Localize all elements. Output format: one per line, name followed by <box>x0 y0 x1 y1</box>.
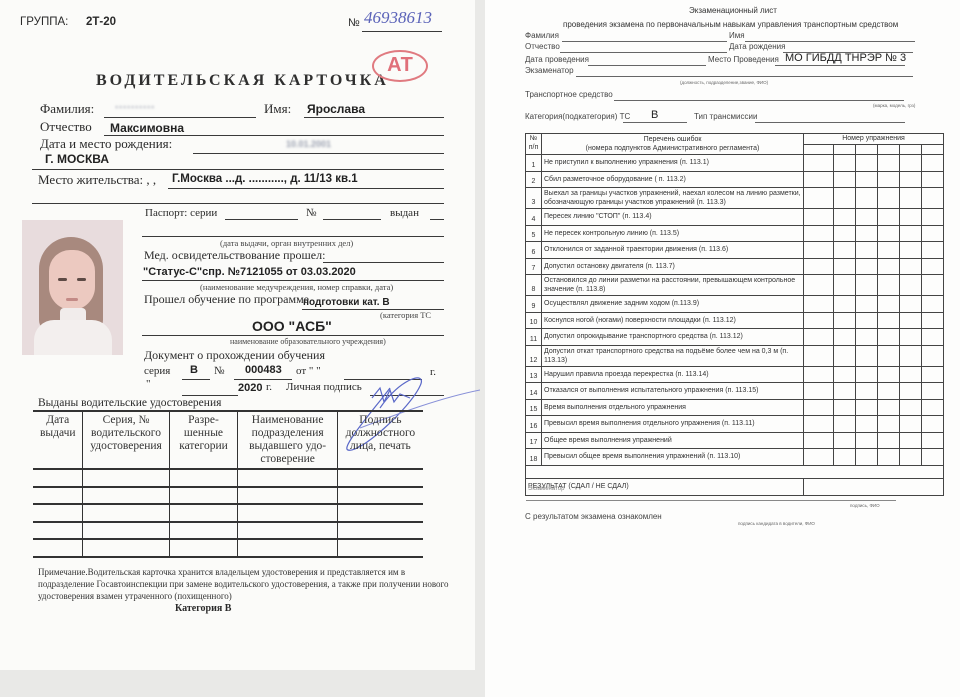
exercise-mark-cell[interactable] <box>922 296 944 313</box>
passport-label: Паспорт: серии <box>145 207 217 219</box>
col-errors-subtitle: (номера подпунктов Административного рег… <box>544 144 801 153</box>
exercise-mark-cell[interactable] <box>834 296 856 313</box>
exercise-mark-cell[interactable] <box>856 366 878 383</box>
exercise-mark-cell[interactable] <box>804 366 834 383</box>
license-cell <box>337 504 423 522</box>
exercise-mark-cell[interactable] <box>878 312 900 329</box>
result-value-cell[interactable] <box>804 478 944 495</box>
error-number: 10 <box>526 312 542 329</box>
exercise-mark-cell[interactable] <box>804 171 834 188</box>
license-cell <box>169 539 238 557</box>
passport-issued-label: выдан <box>390 207 419 219</box>
transmission-label: Тип трансмиссии <box>694 112 757 121</box>
exam-error-row: 13Нарушил правила проезда перекрестка (п… <box>526 366 944 383</box>
error-number: 4 <box>526 209 542 226</box>
exercise-mark-cell[interactable] <box>856 225 878 242</box>
exam-error-row: 16Превысил время выполнения отдельного у… <box>526 416 944 433</box>
examiner-footer-label: Экзаменатор <box>528 486 564 492</box>
driver-photo <box>22 220 123 355</box>
acknowledged-label: С результатом экзамена ознакомлен <box>525 512 662 521</box>
exam-error-row: 15Время выполнения отдельного упражнения <box>526 399 944 416</box>
exam-result-row: РЕЗУЛЬТАТ (СДАЛ / НЕ СДАЛ) <box>526 478 944 495</box>
exercise-mark-cell[interactable] <box>900 383 922 400</box>
error-description: Допустил откат транспортного средства на… <box>542 345 804 366</box>
error-number: 13 <box>526 366 542 383</box>
exercise-mark-cell[interactable] <box>900 258 922 275</box>
exercise-mark-cell[interactable] <box>856 449 878 466</box>
license-row <box>33 504 423 522</box>
card-title: ВОДИТЕЛЬСКАЯ КАРТОЧКА <box>96 72 389 90</box>
exercise-mark-cell[interactable] <box>922 171 944 188</box>
license-cell <box>337 522 423 540</box>
license-cell <box>337 487 423 505</box>
exercise-mark-cell[interactable] <box>856 329 878 346</box>
license-cell <box>238 539 337 557</box>
exam-error-row: 1Не приступил к выполнению упражнения (п… <box>526 155 944 172</box>
surname-label: Фамилия: <box>40 101 94 117</box>
exercise-mark-cell[interactable] <box>922 345 944 366</box>
exercise-mark-cell[interactable] <box>900 329 922 346</box>
error-description: Нарушил правила проезда перекрестка (п. … <box>542 366 804 383</box>
exercise-mark-cell[interactable] <box>878 432 900 449</box>
exam-subtitle: проведения экзамена по первоначальным на… <box>563 20 898 29</box>
doc-number-label: № <box>214 365 225 377</box>
exam-error-row: 6Отклонился от заданной траектории движе… <box>526 242 944 259</box>
exercise-mark-cell[interactable] <box>878 258 900 275</box>
exercise-mark-cell[interactable] <box>900 296 922 313</box>
exercise-mark-cell[interactable] <box>900 399 922 416</box>
error-description: Пересек линию "СТОП" (п. 113.4) <box>542 209 804 226</box>
license-cell <box>238 504 337 522</box>
exercise-mark-cell[interactable] <box>834 432 856 449</box>
license-cell <box>238 522 337 540</box>
exercise-mark-cell[interactable] <box>804 312 834 329</box>
exercise-mark-cell[interactable] <box>922 258 944 275</box>
error-description: Не пересек контрольную линию (п. 113.5) <box>542 225 804 242</box>
exercise-mark-cell[interactable] <box>834 209 856 226</box>
doc-number-value: 000483 <box>245 364 282 376</box>
residence-value: Г.Москва ...д. ..........., д. 11/13 кв.… <box>172 173 358 185</box>
exercise-mark-cell[interactable] <box>804 329 834 346</box>
exercise-mark-cell[interactable] <box>834 242 856 259</box>
license-cell <box>169 522 238 540</box>
exercise-column-header <box>804 144 834 155</box>
col-official-signature: Подпись должностного лица, печать <box>337 411 423 469</box>
examiner-caption: (должность, подразделение,звание, ФИО) <box>680 80 768 85</box>
exercise-mark-cell[interactable] <box>922 416 944 433</box>
error-description: Время выполнения отдельного упражнения <box>542 399 804 416</box>
exercise-mark-cell[interactable] <box>856 399 878 416</box>
licenses-heading: Выданы водительские удостоверения <box>38 397 221 409</box>
birth-place-value: Г. МОСКВА <box>45 152 109 166</box>
col-license-number: Серия, № водительского удостоверения <box>83 411 169 469</box>
error-number: 7 <box>526 258 542 275</box>
exam-error-row: 9Осуществлял движение задним ходом (п.11… <box>526 296 944 313</box>
category-footer: Категория В <box>175 603 231 614</box>
exam-blank-row <box>526 465 944 478</box>
error-description: Выехал за границы участков упражнений, н… <box>542 188 804 209</box>
error-description: Отклонился от заданной траектории движен… <box>542 242 804 259</box>
exercise-mark-cell[interactable] <box>878 188 900 209</box>
exam-error-row: 8Остановился до линии разметки на рассто… <box>526 275 944 296</box>
license-cell <box>83 539 169 557</box>
license-cell <box>33 469 83 487</box>
exam-error-row: 2Сбил разметочное оборудование ( п. 113.… <box>526 171 944 188</box>
training-label: Прошел обучение по программе <box>144 292 309 307</box>
license-cell <box>83 469 169 487</box>
training-doc-label: Документ о прохождении обучения <box>144 348 325 363</box>
surname-value: ·········· <box>115 100 155 114</box>
card-number-value: 46938613 <box>364 8 432 28</box>
error-description: Допустил опрокидывание транспортного сре… <box>542 329 804 346</box>
error-description: Отказался от выполнения испытательного у… <box>542 383 804 400</box>
exercise-mark-cell[interactable] <box>922 329 944 346</box>
exam-error-row: 4Пересек линию "СТОП" (п. 113.4) <box>526 209 944 226</box>
exercise-mark-cell[interactable] <box>804 432 834 449</box>
exercise-mark-cell[interactable] <box>900 416 922 433</box>
error-description: Сбил разметочное оборудование ( п. 113.2… <box>542 171 804 188</box>
exercise-mark-cell[interactable] <box>834 416 856 433</box>
exercise-column-header <box>856 144 878 155</box>
exercise-mark-cell[interactable] <box>804 345 834 366</box>
exam-errors-table: № п/п Перечень ошибок (номера подпунктов… <box>525 133 944 496</box>
error-number: 18 <box>526 449 542 466</box>
exercise-mark-cell[interactable] <box>922 225 944 242</box>
license-cell <box>169 487 238 505</box>
error-number: 2 <box>526 171 542 188</box>
exercise-mark-cell[interactable] <box>856 296 878 313</box>
exercise-column-header <box>900 144 922 155</box>
license-row <box>33 522 423 540</box>
error-description: Общее время выполнения упражнений <box>542 432 804 449</box>
exercise-mark-cell[interactable] <box>804 296 834 313</box>
exam-category-value: В <box>651 109 658 121</box>
exercise-mark-cell[interactable] <box>834 329 856 346</box>
exercise-mark-cell[interactable] <box>856 345 878 366</box>
exercise-mark-cell[interactable] <box>856 171 878 188</box>
exercise-mark-cell[interactable] <box>900 345 922 366</box>
error-number: 17 <box>526 432 542 449</box>
exercise-mark-cell[interactable] <box>922 432 944 449</box>
exercise-mark-cell[interactable] <box>834 225 856 242</box>
license-cell <box>83 504 169 522</box>
exercise-mark-cell[interactable] <box>878 209 900 226</box>
exercise-column-header <box>834 144 856 155</box>
exercise-mark-cell[interactable] <box>856 258 878 275</box>
exercise-mark-cell[interactable] <box>900 155 922 172</box>
col-issuing-unit: Наименование подразделения выдавшего удо… <box>238 411 337 469</box>
exam-error-row: 5Не пересек контрольную линию (п. 113.5) <box>526 225 944 242</box>
error-number: 11 <box>526 329 542 346</box>
exercise-mark-cell[interactable] <box>834 275 856 296</box>
license-cell <box>33 504 83 522</box>
license-cell <box>337 539 423 557</box>
exam-error-row: 17Общее время выполнения упражнений <box>526 432 944 449</box>
medical-caption: (наименование медучреждения, номер справ… <box>200 282 393 292</box>
exercise-mark-cell[interactable] <box>878 399 900 416</box>
exercise-mark-cell[interactable] <box>900 171 922 188</box>
driver-card-sheet: ГРУППА: 2Т-20 № 46938613 ВОДИТЕЛЬСКАЯ КА… <box>0 0 475 670</box>
error-number: 3 <box>526 188 542 209</box>
exercise-mark-cell[interactable] <box>878 242 900 259</box>
name-label: Имя: <box>264 101 291 117</box>
exercise-mark-cell[interactable] <box>922 275 944 296</box>
exercise-mark-cell[interactable] <box>804 275 834 296</box>
exercise-mark-cell[interactable] <box>804 449 834 466</box>
error-description: Осуществлял движение задним ходом (п.113… <box>542 296 804 313</box>
error-description: Превысил время выполнения отдельного упр… <box>542 416 804 433</box>
examiner-label: Экзаменатор <box>525 66 574 75</box>
exercise-column-header <box>922 144 944 155</box>
license-cell <box>83 487 169 505</box>
license-cell <box>337 469 423 487</box>
doc-quote: " <box>146 378 151 390</box>
exercise-mark-cell[interactable] <box>878 449 900 466</box>
exercise-mark-cell[interactable] <box>900 366 922 383</box>
exercise-mark-cell[interactable] <box>834 258 856 275</box>
examiner-sign-caption: подпись, ФИО <box>850 503 880 508</box>
exercise-mark-cell[interactable] <box>834 366 856 383</box>
exercise-mark-cell[interactable] <box>856 312 878 329</box>
exercise-mark-cell[interactable] <box>878 329 900 346</box>
exercise-mark-cell[interactable] <box>804 383 834 400</box>
error-description: Остановился до линии разметки на расстоя… <box>542 275 804 296</box>
exercise-mark-cell[interactable] <box>834 155 856 172</box>
result-label: РЕЗУЛЬТАТ (СДАЛ / НЕ СДАЛ) <box>526 478 804 495</box>
col-errors-title: Перечень ошибок <box>544 135 801 144</box>
exercise-mark-cell[interactable] <box>804 209 834 226</box>
exercise-mark-cell[interactable] <box>856 188 878 209</box>
birth-label: Дата и место рождения: <box>40 136 172 152</box>
exercise-mark-cell[interactable] <box>900 275 922 296</box>
exercise-mark-cell[interactable] <box>834 383 856 400</box>
exam-date-label: Дата проведения <box>525 55 589 64</box>
doc-from-label: от " " <box>296 365 321 377</box>
exercise-mark-cell[interactable] <box>922 242 944 259</box>
license-row <box>33 487 423 505</box>
exercise-mark-cell[interactable] <box>856 155 878 172</box>
exam-birth-label: Дата рождения <box>729 42 785 51</box>
error-description: Не приступил к выполнению упражнения (п.… <box>542 155 804 172</box>
exercise-mark-cell[interactable] <box>878 155 900 172</box>
exercise-mark-cell[interactable] <box>804 258 834 275</box>
exercise-mark-cell[interactable] <box>922 188 944 209</box>
error-number: 8 <box>526 275 542 296</box>
error-number: 9 <box>526 296 542 313</box>
patronymic-value: Максимовна <box>110 121 184 135</box>
exercise-mark-cell[interactable] <box>856 432 878 449</box>
exercise-mark-cell[interactable] <box>878 345 900 366</box>
exercise-mark-cell[interactable] <box>834 345 856 366</box>
error-description: Допустил остановку двигателя (п. 113.7) <box>542 258 804 275</box>
card-note: Примечание.Водительская карточка хранитс… <box>38 566 453 602</box>
school-value: ООО "АСБ" <box>252 318 332 334</box>
exam-error-row: 11Допустил опрокидывание транспортного с… <box>526 329 944 346</box>
doc-year-label: г. <box>266 381 272 393</box>
col-number: № п/п <box>526 134 542 155</box>
exercise-mark-cell[interactable] <box>856 275 878 296</box>
exercise-column-header <box>878 144 900 155</box>
exercise-mark-cell[interactable] <box>900 242 922 259</box>
group-label: ГРУППА: <box>20 16 68 28</box>
license-cell <box>33 487 83 505</box>
license-cell <box>33 522 83 540</box>
error-number: 12 <box>526 345 542 366</box>
exercise-mark-cell[interactable] <box>900 188 922 209</box>
exercise-mark-cell[interactable] <box>834 312 856 329</box>
exercise-mark-cell[interactable] <box>922 399 944 416</box>
license-cell <box>169 469 238 487</box>
passport-caption: (дата выдачи, орган внутренних дел) <box>220 238 353 248</box>
license-cell <box>169 504 238 522</box>
exam-place-label: Место Проведения <box>708 55 779 64</box>
license-cell <box>83 522 169 540</box>
exam-patronymic-label: Отчество <box>525 42 560 51</box>
exercise-mark-cell[interactable] <box>922 312 944 329</box>
exercise-mark-cell[interactable] <box>900 312 922 329</box>
license-row <box>33 539 423 557</box>
exercise-mark-cell[interactable] <box>900 432 922 449</box>
license-cell <box>238 469 337 487</box>
error-number: 14 <box>526 383 542 400</box>
exercise-mark-cell[interactable] <box>834 399 856 416</box>
exercise-mark-cell[interactable] <box>878 366 900 383</box>
exam-place-value: МО ГИБДД ТНРЭР № 3 <box>785 52 906 64</box>
col-issue-date: Дата выдачи <box>33 411 83 469</box>
exam-name-label: Имя <box>729 31 745 40</box>
issued-licenses-table: Дата выдачи Серия, № водительского удост… <box>33 410 423 558</box>
exercise-mark-cell[interactable] <box>878 171 900 188</box>
exercise-mark-cell[interactable] <box>878 225 900 242</box>
exercise-mark-cell[interactable] <box>878 275 900 296</box>
exercise-mark-cell[interactable] <box>922 383 944 400</box>
category-stamp: АТ <box>372 50 428 82</box>
exercise-mark-cell[interactable] <box>900 449 922 466</box>
exercise-mark-cell[interactable] <box>856 209 878 226</box>
exercise-mark-cell[interactable] <box>856 383 878 400</box>
doc-series-label: серия <box>144 365 170 377</box>
training-caption: (категория ТС <box>380 310 431 320</box>
exam-error-row: 18Превысил общее время выполнения упражн… <box>526 449 944 466</box>
medical-value: "Статус-С"спр. №7121055 от 03.03.2020 <box>143 266 356 278</box>
patronymic-label: Отчество <box>40 119 92 135</box>
exam-error-row: 7Допустил остановку двигателя (п. 113.7) <box>526 258 944 275</box>
doc-year-value: 2020 <box>238 382 262 394</box>
school-caption: наименование образовательного учреждения… <box>230 337 386 346</box>
exam-error-row: 10Коснулся ногой (ногами) поверхности пл… <box>526 312 944 329</box>
exercise-mark-cell[interactable] <box>922 155 944 172</box>
exercise-mark-cell[interactable] <box>856 416 878 433</box>
exam-surname-label: Фамилия <box>525 31 559 40</box>
vehicle-caption: (марка, модель, гpз) <box>873 103 915 108</box>
col-errors: Перечень ошибок (номера подпунктов Админ… <box>542 134 804 155</box>
error-number: 6 <box>526 242 542 259</box>
group-value: 2Т-20 <box>86 16 116 28</box>
exam-error-row: 14Отказался от выполнения испытательного… <box>526 383 944 400</box>
exercise-mark-cell[interactable] <box>834 188 856 209</box>
exercise-mark-cell[interactable] <box>878 296 900 313</box>
exercise-mark-cell[interactable] <box>804 399 834 416</box>
error-number: 5 <box>526 225 542 242</box>
exercise-mark-cell[interactable] <box>804 188 834 209</box>
license-cell <box>33 539 83 557</box>
error-description: Превысил общее время выполнения упражнен… <box>542 449 804 466</box>
exercise-mark-cell[interactable] <box>804 225 834 242</box>
residence-label: Место жительства: , , <box>38 172 156 188</box>
exercise-mark-cell[interactable] <box>804 155 834 172</box>
exercise-mark-cell[interactable] <box>922 209 944 226</box>
exercise-mark-cell[interactable] <box>922 366 944 383</box>
exercise-mark-cell[interactable] <box>878 383 900 400</box>
error-number: 1 <box>526 155 542 172</box>
col-exercise-number: Номер упражнения <box>804 134 944 145</box>
exercise-mark-cell[interactable] <box>900 209 922 226</box>
exam-category-label: Категория(подкатегория) ТС <box>525 112 630 121</box>
exercise-mark-cell[interactable] <box>834 171 856 188</box>
license-row <box>33 469 423 487</box>
error-number: 16 <box>526 416 542 433</box>
exercise-mark-cell[interactable] <box>922 449 944 466</box>
doc-series-value: В <box>190 364 198 376</box>
error-description: Коснулся ногой (ногами) поверхности площ… <box>542 312 804 329</box>
exercise-mark-cell[interactable] <box>900 225 922 242</box>
medical-label: Мед. освидетельствование прошел: <box>144 248 325 263</box>
name-value: Ярослава <box>307 102 365 116</box>
exercise-mark-cell[interactable] <box>804 242 834 259</box>
exercise-mark-cell[interactable] <box>804 416 834 433</box>
exercise-mark-cell[interactable] <box>878 416 900 433</box>
passport-number-label: № <box>306 207 317 219</box>
license-cell <box>238 487 337 505</box>
exercise-mark-cell[interactable] <box>834 449 856 466</box>
card-number-label: № <box>348 17 360 29</box>
training-value: подготовки кат. В <box>303 297 390 308</box>
candidate-sign-caption: подпись кандидата в водители, ФИО <box>738 521 815 526</box>
exercise-mark-cell[interactable] <box>856 242 878 259</box>
vehicle-label: Транспортное средство <box>525 90 613 99</box>
col-categories: Разре-шенные категории <box>169 411 238 469</box>
error-number: 15 <box>526 399 542 416</box>
exam-title: Экзаменационный лист <box>689 6 777 15</box>
exam-error-row: 3Выехал за границы участков упражнений, … <box>526 188 944 209</box>
exam-error-row: 12Допустил откат транспортного средства … <box>526 345 944 366</box>
birth-date-value: 10.01.2001 <box>286 139 331 149</box>
